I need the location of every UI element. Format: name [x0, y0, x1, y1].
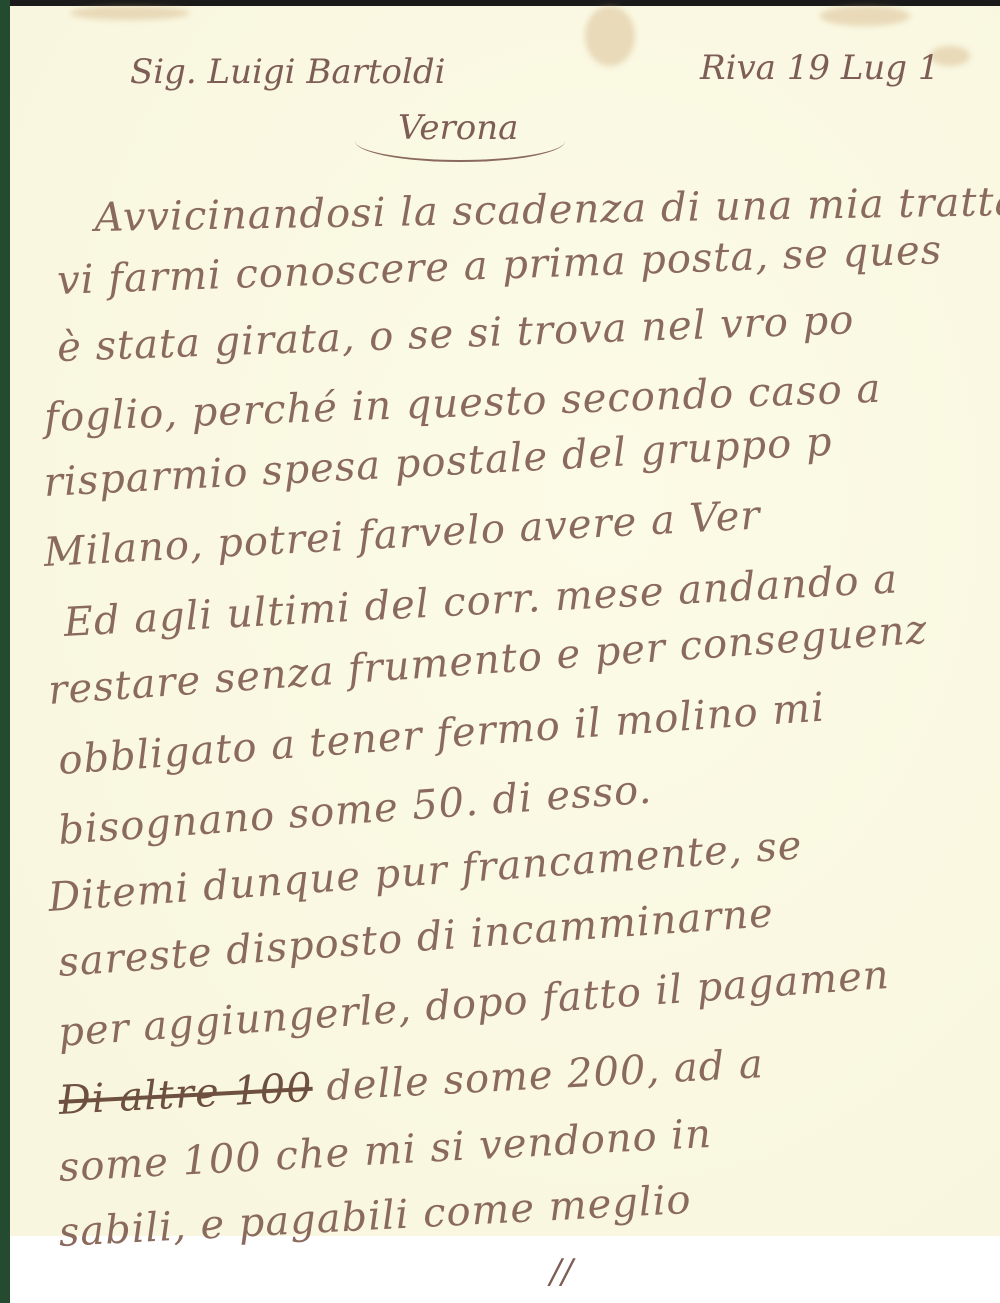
flourish-underline	[355, 120, 565, 162]
ink-stain	[820, 6, 910, 26]
scan-border-left	[0, 0, 10, 1303]
recipient-name: Sig. Luigi Bartoldi	[130, 52, 446, 92]
page-mark: //	[550, 1252, 573, 1292]
ink-stain	[70, 6, 190, 20]
place-date: Riva 19 Lug 1	[700, 48, 940, 88]
scanned-page: Sig. Luigi Bartoldi Riva 19 Lug 1 Verona…	[0, 0, 1000, 1303]
ink-stain	[585, 6, 635, 66]
